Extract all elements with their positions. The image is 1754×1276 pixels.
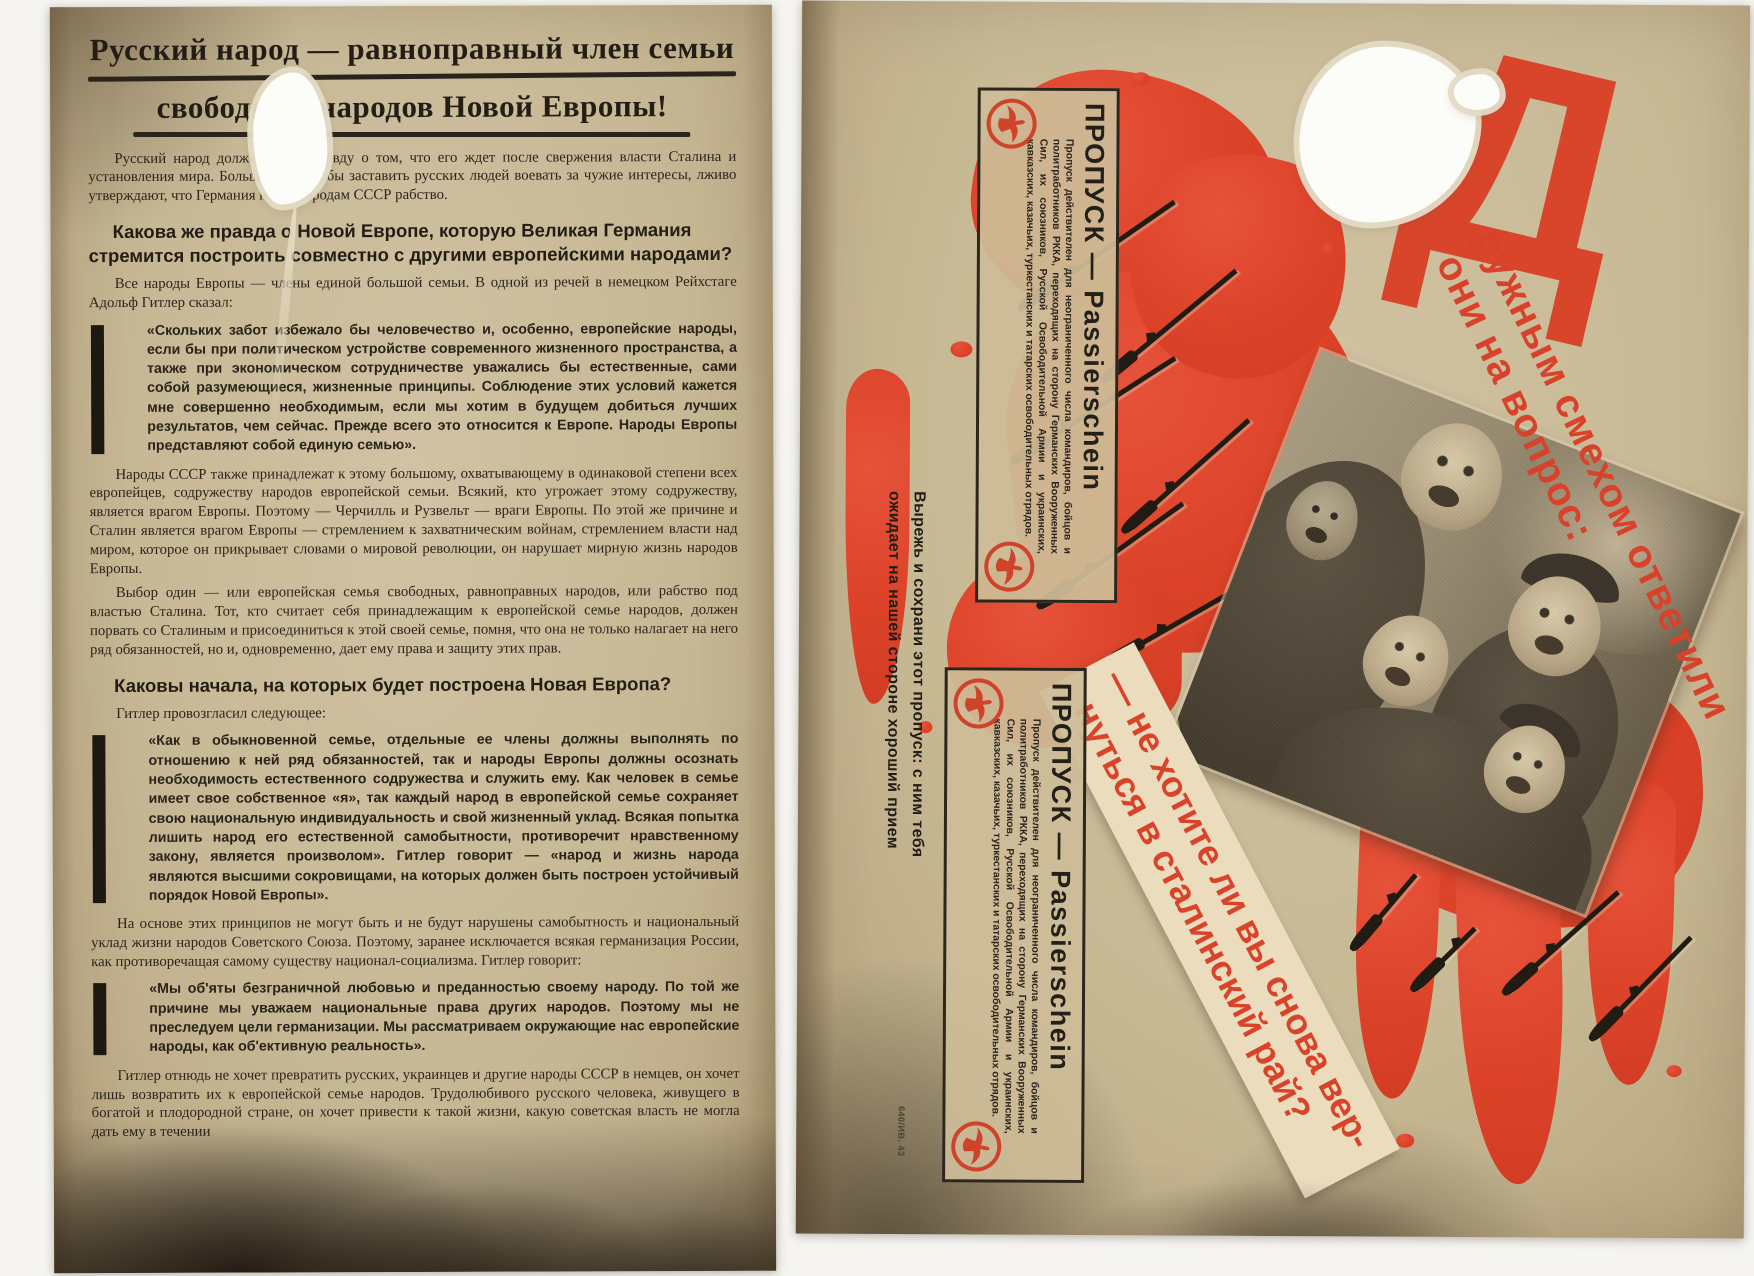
pass-box-1: ПРОПУСК — Passierschein Пропуск действит…: [975, 87, 1120, 603]
imprint-code: 640/ИВ. 43: [890, 1106, 906, 1186]
left-page-article: Русский народ — равноправный член семьи …: [50, 5, 776, 1142]
paint-spot: [1321, 243, 1337, 255]
imprint-text: 640/ИВ. 43: [890, 1106, 906, 1186]
right-page-poster: Д ружным смехом ответили они на вопрос: …: [796, 1, 1750, 1239]
paragraph-principles: На основе этих принципов не могут быть и…: [91, 913, 739, 972]
pass-title: ПРОПУСК — Passierschein: [1076, 103, 1110, 588]
paint-spot: [1132, 72, 1150, 85]
eagle-stamp-icon: [980, 92, 1043, 155]
pass-box-frame: ПРОПУСК — Passierschein Пропуск действит…: [942, 667, 1087, 1183]
eagle-stamp-icon: [944, 1114, 1009, 1179]
cut-note: Вырежь и сохрани этот пропуск: с ним теб…: [873, 491, 933, 961]
subheading-new-europe-truth: Какова же правда о Новой Европе, которую…: [89, 218, 737, 268]
paint-spot: [1396, 1134, 1414, 1148]
eagle-stamp-icon: [977, 534, 1042, 599]
eagle-stamp-icon: [947, 672, 1010, 735]
pass-title: ПРОПУСК — Passierschein: [1043, 683, 1077, 1168]
quote-block-2: «Как в обыкновенной семье, отдельные ее …: [90, 730, 739, 906]
headline-line-1: Русский народ — равноправный член семьи: [88, 29, 736, 70]
cut-note-line-1: Вырежь и сохрани этот пропуск: с ним теб…: [903, 491, 930, 961]
paragraph-intro: Русский народ должен знать правду о том,…: [88, 147, 736, 206]
paragraph-family: Все народы Европы — члены единой большой…: [89, 273, 737, 313]
pass-fine-print: Пропуск действителен для неограниченного…: [988, 683, 1042, 1168]
paragraph-ussr: Народы СССР также принадлежат к этому бо…: [89, 464, 737, 579]
pass-fine-print: Пропуск действителен для неограниченного…: [1021, 103, 1075, 588]
cut-note-line-2: ожидает на нашей стороне хороший прием: [879, 491, 906, 961]
quote-block-1: «Скольких забот избежало бы человечество…: [89, 319, 737, 456]
pass-box-2: ПРОПУСК — Passierschein Пропуск действит…: [942, 667, 1087, 1183]
paint-spot: [1667, 1065, 1682, 1077]
quote-block-3: «Мы об'яты безграничной любовью и предан…: [91, 978, 739, 1058]
headline-rule-2: [134, 131, 691, 136]
paper-hole: [1454, 74, 1500, 110]
headline-line-2: свободных народов Новой Европы!: [88, 87, 736, 128]
pass-box-frame: ПРОПУСК — Passierschein Пропуск действит…: [975, 87, 1120, 603]
headline-rule-1: [88, 71, 736, 82]
article-body: Русский народ должен знать правду о том,…: [88, 147, 739, 1142]
paragraph-choice: Выбор один — или европейская семья свобо…: [90, 582, 738, 659]
paragraph-final: Гитлер отнюдь не хочет превратить русски…: [91, 1065, 739, 1142]
cut-note-text: Вырежь и сохрани этот пропуск: с ним теб…: [870, 491, 933, 961]
paint-spot: [950, 341, 972, 357]
paragraph-proclaim: Гитлер провозгласил следующее:: [90, 702, 738, 723]
left-page: Русский народ — равноправный член семьи …: [50, 5, 776, 1274]
leaflet-scan: Русский народ — равноправный член семьи …: [0, 0, 1754, 1276]
subheading-new-europe-foundations: Каковы начала, на которых будет построен…: [90, 671, 738, 697]
